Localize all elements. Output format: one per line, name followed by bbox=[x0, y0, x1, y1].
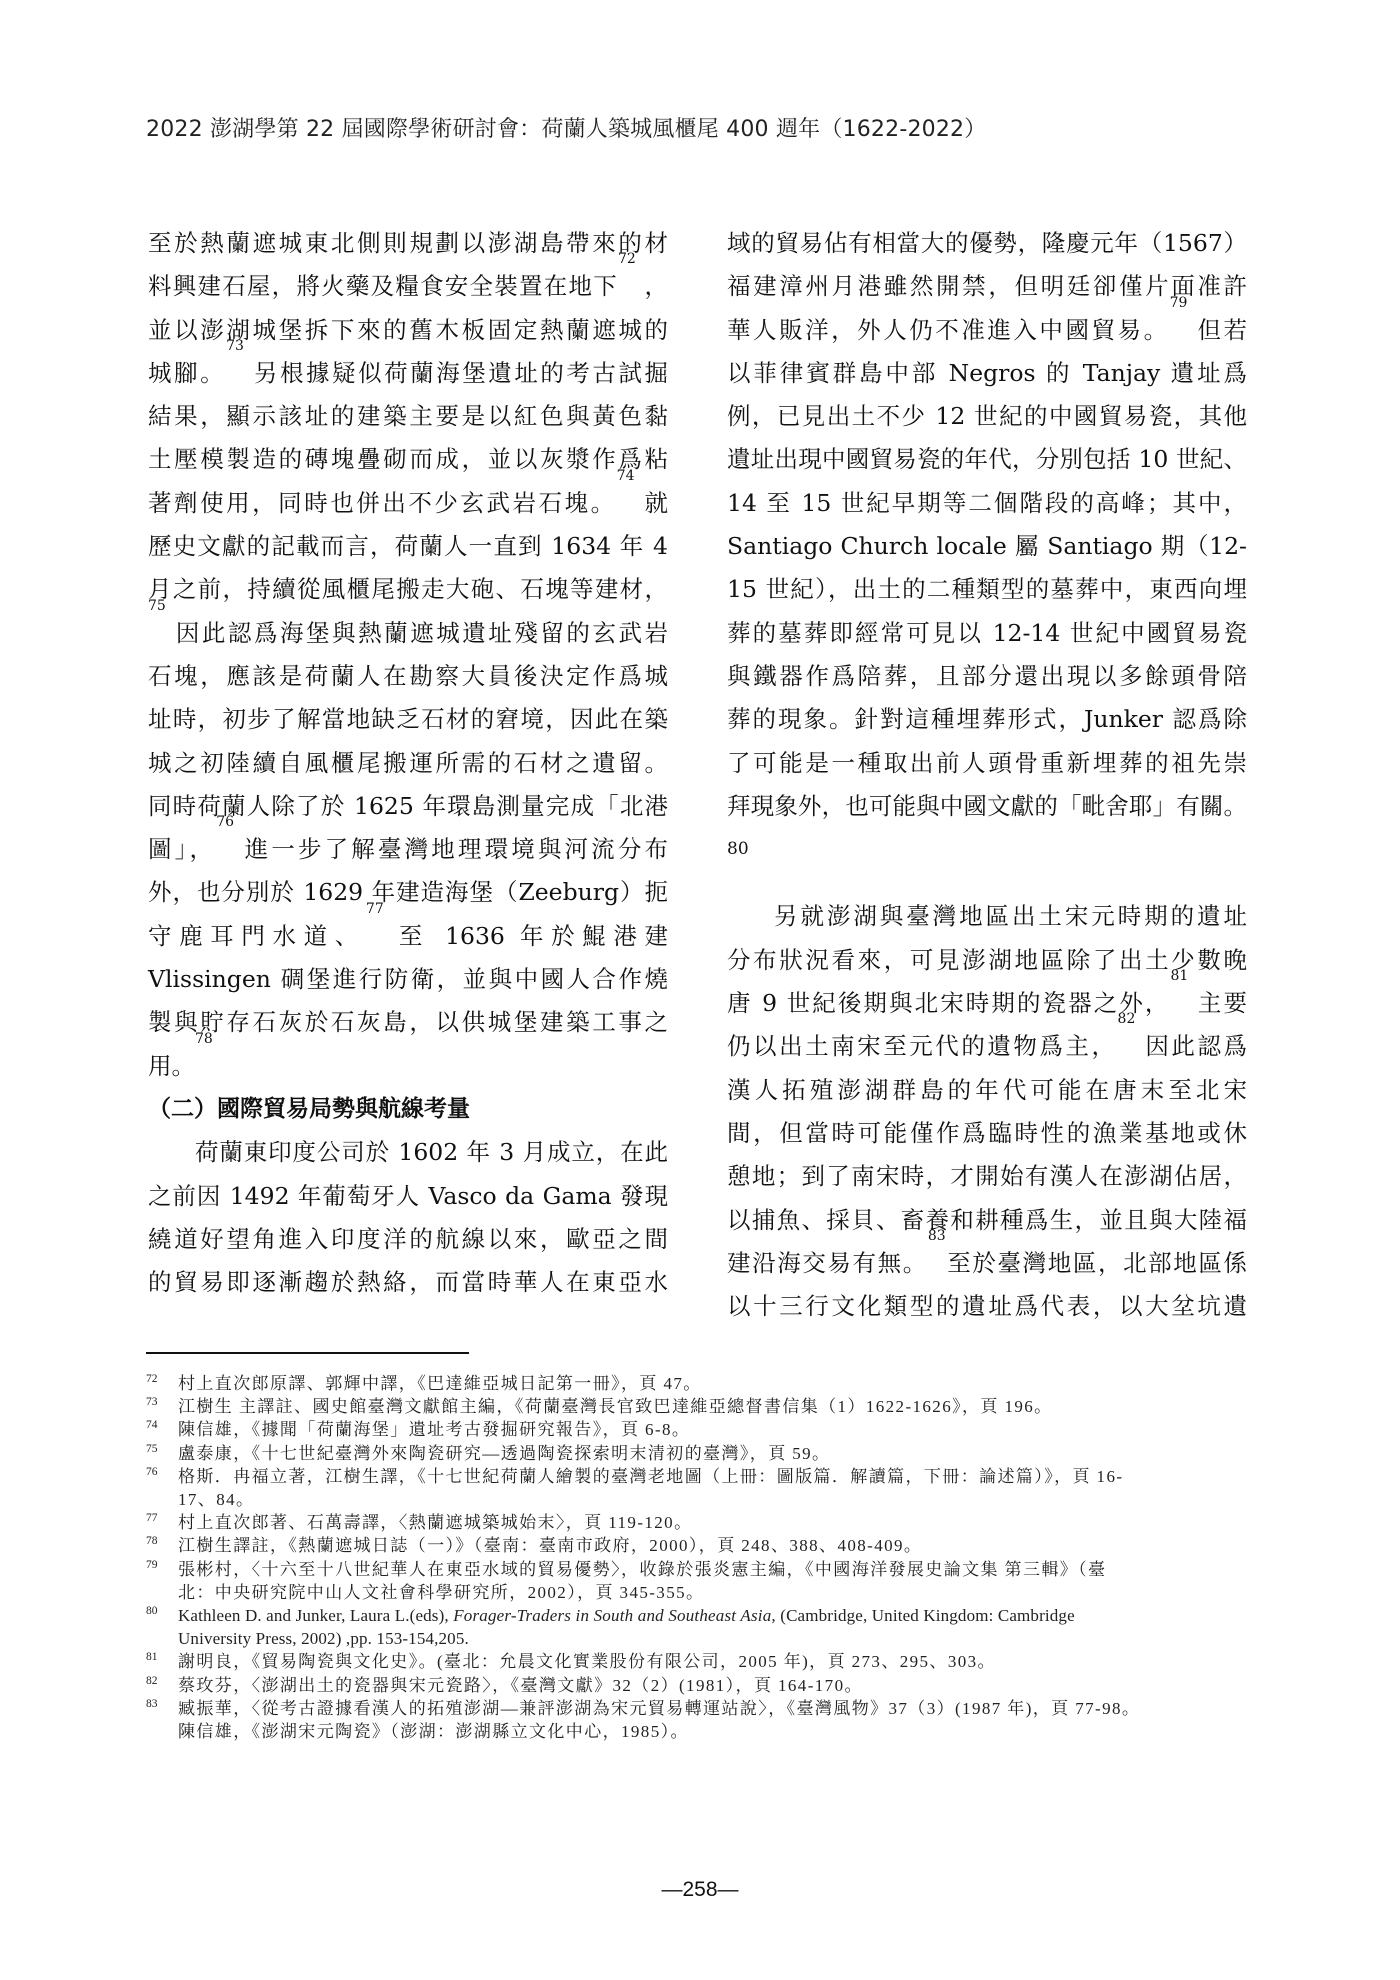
text-line: 以十三行文化類型的遺址爲代表，以大坌坑遺 bbox=[727, 1285, 1247, 1328]
text-line: 漢人拓殖澎湖群島的年代可能在唐末至北宋 bbox=[727, 1069, 1247, 1112]
book-title: Forager-Traders in South and Southeast A… bbox=[453, 1606, 776, 1625]
text-line: 域的貿易佔有相當大的優勢，隆慶元年（1567） bbox=[727, 222, 1247, 265]
footnote-78: 78江樹生譯註，《熱蘭遮城日誌（一）》（臺南：臺南市政府，2000），頁 248… bbox=[146, 1534, 1266, 1557]
text-line: 荷蘭東印度公司於 1602 年 3 月成立，在此 bbox=[148, 1131, 668, 1174]
text-line: 以捕魚、採貝、畜養和耕種爲生，並且與大陸福 bbox=[727, 1199, 1247, 1242]
text-line: 城之初陸續自風櫃尾搬運所需的石材之遺留。 bbox=[148, 742, 668, 785]
text-line: 用。78 bbox=[148, 1045, 668, 1088]
running-header: 2022 澎湖學第 22 屆國際學術研討會：荷蘭人築城風櫃尾 400 週年（16… bbox=[146, 112, 1266, 143]
text-line: 憩地；到了南宋時，才開始有漢人在澎湖佔居， bbox=[727, 1155, 1247, 1198]
footnote-ref[interactable]: 81 bbox=[1171, 968, 1189, 984]
text-line: 75 因此認爲海堡與熱蘭遮城遺址殘留的玄武岩 bbox=[148, 612, 668, 655]
text-line: 14 至 15 世紀早期等二個階段的高峰；其中， bbox=[727, 482, 1247, 525]
footnote-76: 76格斯．冉福立著，江樹生譯，《十七世紀荷蘭人繪製的臺灣老地圖（上冊：圖版篇．解… bbox=[146, 1465, 1266, 1511]
text-line: 另就澎湖與臺灣地區出土宋元時期的遺址 bbox=[727, 895, 1247, 938]
text-line: 仍以出土南宋至元代的遺物爲主，82 因此認爲 bbox=[727, 1025, 1247, 1068]
footnote-82: 82蔡玫芬，〈澎湖出土的瓷器與宋元瓷路〉，《臺灣文獻》32（2）(1981），頁… bbox=[146, 1674, 1266, 1697]
footnote-ref[interactable]: 76 bbox=[216, 814, 234, 830]
footnote-ref[interactable]: 83 bbox=[928, 1228, 946, 1244]
footnote-ref[interactable]: 74 bbox=[617, 468, 635, 484]
footnote-83: 83臧振華，〈從考古證據看漢人的拓殖澎湖—兼評澎湖為宋元貿易轉運站說〉，《臺灣風… bbox=[146, 1697, 1266, 1743]
footnote-ref[interactable]: 79 bbox=[1170, 295, 1188, 311]
text-line: 了可能是一種取出前人頭骨重新埋葬的祖先崇 bbox=[727, 742, 1247, 785]
text-line: 歷史文獻的記載而言，荷蘭人一直到 1634 年 4 bbox=[148, 525, 668, 568]
text-line: 福建漳州月港雖然開禁，但明廷卻僅片面准許 bbox=[727, 265, 1247, 308]
text-line: 料興建石屋，將火藥及糧食安全裝置在地下72 ， bbox=[148, 265, 668, 308]
text-line: 葬的墓葬即經常可見以 12-14 世紀中國貿易瓷 bbox=[727, 612, 1247, 655]
text-line: 址時，初步了解當地缺乏石材的窘境，因此在築 bbox=[148, 698, 668, 741]
text-line: 至於熱蘭遮城東北側則規劃以澎湖島帶來的材 bbox=[148, 222, 668, 265]
footnote-ref[interactable]: 75 bbox=[148, 598, 166, 614]
text-line: 之前因 1492 年葡萄牙人 Vasco da Gama 發現 bbox=[148, 1175, 668, 1218]
text-line: 遺址出現中國貿易瓷的年代，分別包括 10 世紀、 bbox=[727, 438, 1247, 481]
text-line: 與鐵器作爲陪葬，且部分還出現以多餘頭骨陪 bbox=[727, 655, 1247, 698]
text-line: 守鹿耳門水道、77 至 1636 年於鯤港建 bbox=[148, 915, 668, 958]
text-line: 華人販洋，外人仍不准進入中國貿易。79 但若 bbox=[727, 309, 1247, 352]
text-line: 製與貯存石灰於石灰島，以供城堡建築工事之 bbox=[148, 1001, 668, 1044]
footnote-ref[interactable]: 72 bbox=[618, 251, 636, 267]
text-line: Santiago Church locale 屬 Santiago 期（12- bbox=[727, 525, 1247, 568]
footnote-75: 75盧泰康，《十七世紀臺灣外來陶瓷研究—透過陶瓷探索明末清初的臺灣》，頁 59。 bbox=[146, 1442, 1266, 1465]
footnotes: 72村上直次郎原譯、郭輝中譯，《巴達維亞城日記第一冊》，頁 47。 73江樹生 … bbox=[146, 1372, 1266, 1743]
footnote-80: 80Kathleen D. and Junker, Laura L.(eds),… bbox=[146, 1604, 1266, 1650]
text-line: 圖」，76 進一步了解臺灣地理環境與河流分布 bbox=[148, 828, 668, 871]
text-line: 土壓模製造的磚塊疊砌而成，並以灰漿作爲粘 bbox=[148, 438, 668, 481]
text-line: 以菲律賓群島中部 Negros 的 Tanjay 遺址爲 bbox=[727, 352, 1247, 395]
footnote-73: 73江樹生 主譯註、國史館臺灣文獻館主編，《荷蘭臺灣長官致巴達維亞總督書信集（1… bbox=[146, 1395, 1266, 1418]
text-line: 建沿海交易有無。83至於臺灣地區，北部地區係 bbox=[727, 1242, 1247, 1285]
text-line: Vlissingen 碉堡進行防衛，並與中國人合作燒 bbox=[148, 958, 668, 1001]
text-line: 石塊，應該是荷蘭人在勘察大員後決定作爲城 bbox=[148, 655, 668, 698]
section-heading: （二）國際貿易局勢與航線考量 bbox=[148, 1088, 668, 1131]
text-line: 例，已見出土不少 12 世紀的中國貿易瓷，其他 bbox=[727, 395, 1247, 438]
left-column: 至於熱蘭遮城東北側則規劃以澎湖島帶來的材 料興建石屋，將火藥及糧食安全裝置在地下… bbox=[148, 222, 668, 1304]
page-number: —258— bbox=[0, 1878, 1400, 1902]
footnote-72: 72村上直次郎原譯、郭輝中譯，《巴達維亞城日記第一冊》，頁 47。 bbox=[146, 1372, 1266, 1395]
right-column: 域的貿易佔有相當大的優勢，隆慶元年（1567） 福建漳州月港雖然開禁，但明廷卻僅… bbox=[727, 222, 1247, 1328]
footnote-81: 81謝明良，《貿易陶瓷與文化史》。(臺北：允晨文化實業股份有限公司，2005 年… bbox=[146, 1650, 1266, 1673]
footnote-77: 77村上直次郎著、石萬壽譯，〈熱蘭遮城築城始末〉，頁 119-120。 bbox=[146, 1511, 1266, 1534]
text-line: 拜現象外，也可能與中國文獻的「毗舍耶」有關。 bbox=[727, 785, 1247, 828]
text-line: 分布狀況看來，可見澎湖地區除了出土少數晚 bbox=[727, 939, 1247, 982]
text-line: 唐 9 世紀後期與北宋時期的瓷器之外，81 主要 bbox=[727, 982, 1247, 1025]
text-line: 外，也分別於 1629 年建造海堡（Zeeburg）扼 bbox=[148, 871, 668, 914]
footnote-79: 79張彬村，〈十六至十八世紀華人在東亞水域的貿易優勢〉，收錄於張炎憲主編，《中國… bbox=[146, 1558, 1266, 1604]
text-line: 著劑使用，同時也併出不少玄武岩石塊。74 就 bbox=[148, 482, 668, 525]
footnote-ref[interactable]: 77 bbox=[366, 901, 384, 917]
text-line: 繞道好望角進入印度洋的航線以來，歐亞之間 bbox=[148, 1218, 668, 1261]
text-line: 間，但當時可能僅作爲臨時性的漁業基地或休 bbox=[727, 1112, 1247, 1155]
text-line: 結果，顯示該址的建築主要是以紅色與黃色黏 bbox=[148, 395, 668, 438]
footnote-ref[interactable]: 82 bbox=[1118, 1011, 1136, 1027]
footnote-ref[interactable]: 78 bbox=[195, 1031, 213, 1047]
text-line: 15 世紀），出土的二種類型的墓葬中，東西向埋 bbox=[727, 568, 1247, 611]
footnote-separator bbox=[146, 1352, 469, 1354]
footnote-74: 74陳信雄，《據聞「荷蘭海堡」遺址考古發掘研究報告》，頁 6-8。 bbox=[146, 1418, 1266, 1441]
text-line: 葬的現象。針對這種埋葬形式，Junker 認爲除 bbox=[727, 698, 1247, 741]
text-line: 的貿易即逐漸趨於熱絡，而當時華人在東亞水 bbox=[148, 1261, 668, 1304]
footnote-ref[interactable]: 80 bbox=[727, 828, 1247, 871]
text-line: 城腳。73 另根據疑似荷蘭海堡遺址的考古試掘 bbox=[148, 352, 668, 395]
footnote-ref[interactable]: 73 bbox=[226, 338, 244, 354]
text-line: 月之前，持續從風櫃尾搬走大砲、石塊等建材， bbox=[148, 568, 668, 611]
